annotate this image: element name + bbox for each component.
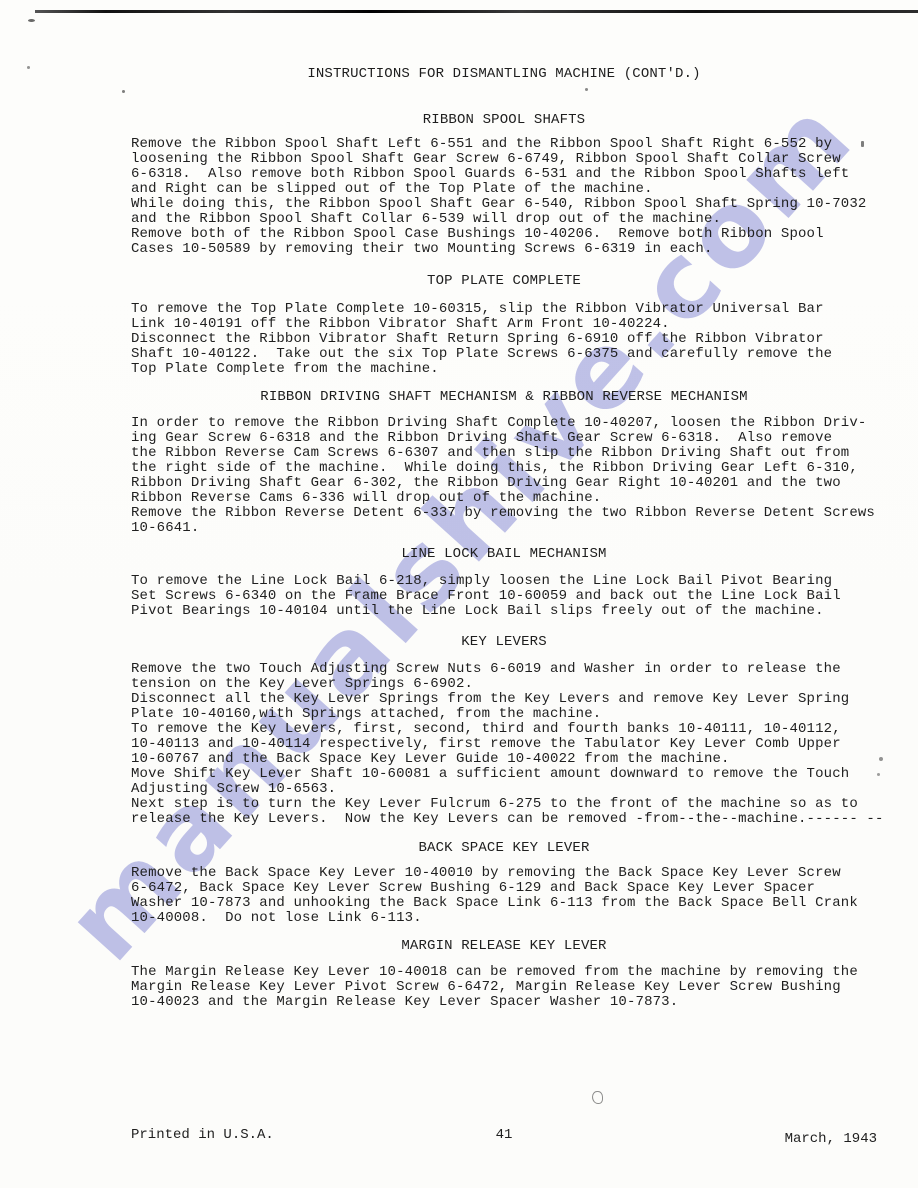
- text-line: and the Ribbon Spool Shaft Collar 6-539 …: [131, 212, 891, 227]
- text-line: To remove the Key Levers, first, second,…: [131, 722, 891, 737]
- heading-line-lock-bail-mechanism: LINE LOCK BAIL MECHANISM: [131, 546, 877, 562]
- text-line: Remove the Ribbon Reverse Detent 6-337 b…: [131, 506, 891, 521]
- text-line: the Ribbon Reverse Cam Screws 6-6307 and…: [131, 446, 891, 461]
- text-line: Remove the Back Space Key Lever 10-40010…: [131, 866, 891, 881]
- heading-ribbon-spool-shafts: RIBBON SPOOL SHAFTS: [131, 112, 877, 128]
- heading-top-plate-complete: TOP PLATE COMPLETE: [131, 273, 877, 289]
- scan-speck: [28, 19, 35, 22]
- paragraph-ribbon-driving-shaft-mechanism: In order to remove the Ribbon Driving Sh…: [131, 416, 891, 536]
- text-line: To remove the Top Plate Complete 10-6031…: [131, 302, 891, 317]
- text-line: Margin Release Key Lever Pivot Screw 6-6…: [131, 980, 891, 995]
- text-line: While doing this, the Ribbon Spool Shaft…: [131, 197, 891, 212]
- text-line: the right side of the machine. While doi…: [131, 461, 891, 476]
- paragraph-key-levers: Remove the two Touch Adjusting Screw Nut…: [131, 662, 891, 827]
- text-line: In order to remove the Ribbon Driving Sh…: [131, 416, 891, 431]
- text-line: Ribbon Driving Shaft Gear 6-302, the Rib…: [131, 476, 891, 491]
- text-line: Plate 10-40160,with Springs attached, fr…: [131, 707, 891, 722]
- text-line: Remove the two Touch Adjusting Screw Nut…: [131, 662, 891, 677]
- scan-smudge: [592, 1091, 603, 1104]
- paragraph-line-lock-bail-mechanism: To remove the Line Lock Bail 6-218, simp…: [131, 574, 891, 619]
- text-line: 10-40008. Do not lose Link 6-113.: [131, 911, 891, 926]
- heading-back-space-key-lever: BACK SPACE KEY LEVER: [131, 840, 877, 856]
- page-title: INSTRUCTIONS FOR DISMANTLING MACHINE (CO…: [131, 66, 877, 82]
- text-line: 6-6472, Back Space Key Lever Screw Bushi…: [131, 881, 891, 896]
- paragraph-ribbon-spool-shafts: Remove the Ribbon Spool Shaft Left 6-551…: [131, 137, 891, 257]
- text-line: Adjusting Screw 10-6563.: [131, 782, 891, 797]
- text-line: 10-6641.: [131, 521, 891, 536]
- text-line: Cases 10-50589 by removing their two Mou…: [131, 242, 891, 257]
- text-line: Remove both of the Ribbon Spool Case Bus…: [131, 227, 891, 242]
- text-line: Top Plate Complete from the machine.: [131, 362, 891, 377]
- text-line: Disconnect the Ribbon Vibrator Shaft Ret…: [131, 332, 891, 347]
- text-line: The Margin Release Key Lever 10-40018 ca…: [131, 965, 891, 980]
- text-line: 10-40023 and the Margin Release Key Leve…: [131, 995, 891, 1010]
- text-line: 10-60767 and the Back Space Key Lever Gu…: [131, 752, 891, 767]
- heading-ribbon-driving-shaft-mechanism: RIBBON DRIVING SHAFT MECHANISM & RIBBON …: [131, 389, 877, 405]
- text-line: Pivot Bearings 10-40104 until the Line L…: [131, 604, 891, 619]
- text-line: To remove the Line Lock Bail 6-218, simp…: [131, 574, 891, 589]
- paragraph-back-space-key-lever: Remove the Back Space Key Lever 10-40010…: [131, 866, 891, 926]
- text-line: ing Gear Screw 6-6318 and the Ribbon Dri…: [131, 431, 891, 446]
- text-line: and Right can be slipped out of the Top …: [131, 182, 891, 197]
- heading-margin-release-key-lever: MARGIN RELEASE KEY LEVER: [131, 938, 877, 954]
- text-line: Washer 10-7873 and unhooking the Back Sp…: [131, 896, 891, 911]
- scan-edge-line: [35, 10, 918, 13]
- paragraph-margin-release-key-lever: The Margin Release Key Lever 10-40018 ca…: [131, 965, 891, 1010]
- scan-speck: [122, 90, 125, 93]
- text-line: Next step is to turn the Key Lever Fulcr…: [131, 797, 891, 812]
- text-line: loosening the Ribbon Spool Shaft Gear Sc…: [131, 152, 891, 167]
- text-line: Shaft 10-40122. Take out the six Top Pla…: [131, 347, 891, 362]
- scan-speck: [585, 88, 588, 91]
- text-line: Remove the Ribbon Spool Shaft Left 6-551…: [131, 137, 891, 152]
- text-line: 6-6318. Also remove both Ribbon Spool Gu…: [131, 167, 891, 182]
- footer-date: March, 1943: [131, 1131, 877, 1147]
- text-line: Link 10-40191 off the Ribbon Vibrator Sh…: [131, 317, 891, 332]
- text-line: Disconnect all the Key Lever Springs fro…: [131, 692, 891, 707]
- scan-speck: [27, 66, 30, 69]
- text-line: release the Key Levers. Now the Key Leve…: [131, 812, 891, 827]
- text-line: Ribbon Reverse Cams 6-336 will drop out …: [131, 491, 891, 506]
- text-line: Move Shift Key Lever Shaft 10-60081 a su…: [131, 767, 891, 782]
- text-line: 10-40113 and 10-40114 respectively, firs…: [131, 737, 891, 752]
- scanned-document-page: manualshive.com INSTRUCTIONS FOR DISMANT…: [0, 0, 918, 1188]
- paragraph-top-plate-complete: To remove the Top Plate Complete 10-6031…: [131, 302, 891, 377]
- text-line: tension on the Key Lever Springs 6-6902.: [131, 677, 891, 692]
- text-line: Set Screws 6-6340 on the Frame Brace Fro…: [131, 589, 891, 604]
- heading-key-levers: KEY LEVERS: [131, 634, 877, 650]
